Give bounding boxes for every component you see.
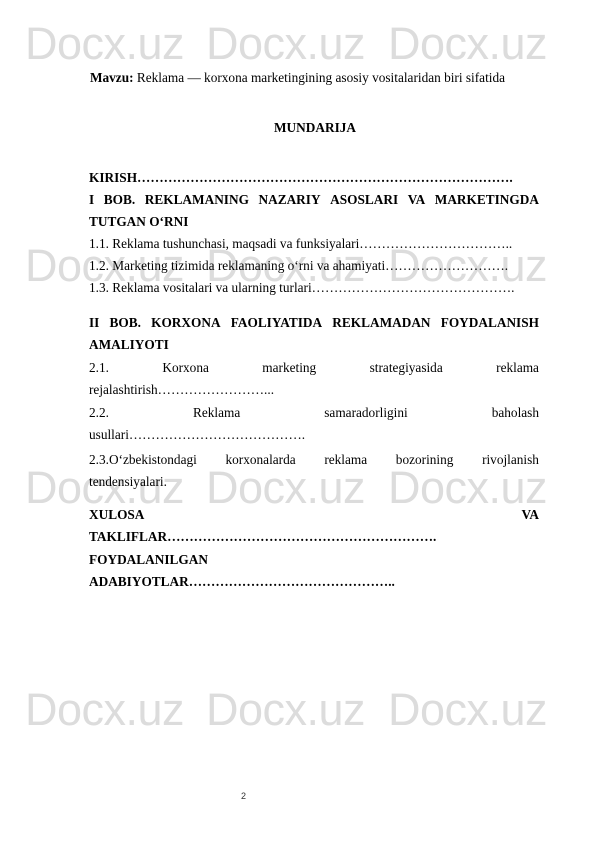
toc-section-1-3: 1.3. Reklama vositalari va ularning turl… xyxy=(89,280,539,296)
toc-word: ASOSLARI xyxy=(330,192,398,208)
toc-references-line1: FOYDALANILGAN xyxy=(89,552,539,568)
toc-word: samaradorligini xyxy=(324,405,407,421)
toc-section-2-1-line2: rejalashtirish……………………... xyxy=(89,382,539,398)
toc-section-2-1-line1: 2.1.Korxonamarketingstrategiyasidareklam… xyxy=(89,360,539,376)
toc-word: 2.1. xyxy=(89,360,109,376)
toc-conclusion-line2: TAKLIFLAR……………………………………………………. xyxy=(89,529,539,545)
topic-text: Reklama — korxona marketingining asosiy … xyxy=(134,70,506,85)
toc-word: VA xyxy=(408,192,426,208)
topic-line: Mavzu: Reklama — korxona marketingining … xyxy=(0,70,595,86)
toc-word: Korxona xyxy=(162,360,209,376)
toc-word: II xyxy=(89,315,99,331)
toc-intro: KIRISH…………………………………………………………………………. xyxy=(89,170,539,186)
toc-section-1-2: 1.2. Marketing tizimida reklamaning o‘rn… xyxy=(89,258,539,274)
toc-chapter1-line1: IBOB.REKLAMANINGNAZARIYASOSLARIVAMARKETI… xyxy=(89,192,539,208)
toc-word: MARKETINGDA xyxy=(435,192,539,208)
toc-section-2-3-line2: tendensiyalari. xyxy=(89,474,539,490)
toc-title: MUNDARIJA xyxy=(0,120,595,136)
toc-chapter2-line2: AMALIYOTI xyxy=(89,337,539,353)
toc-word: reklama xyxy=(496,360,539,376)
toc-word: XULOSA xyxy=(89,507,144,523)
document-page: Mavzu: Reklama — korxona marketingining … xyxy=(0,0,595,842)
toc-section-2-3-line1: 2.3.O‘zbekistondagikorxonalardareklamabo… xyxy=(89,452,539,468)
page-number: 2 xyxy=(241,791,246,801)
toc-word: reklama xyxy=(324,452,367,468)
toc-word: 2.3.O‘zbekistondagi xyxy=(89,452,197,468)
toc-word: 2.2. xyxy=(89,405,109,421)
toc-word: FAOLIYATIDA xyxy=(231,315,322,331)
toc-word: Reklama xyxy=(193,405,240,421)
toc-chapter2-line1: IIBOB.KORXONAFAOLIYATIDAREKLAMADANFOYDAL… xyxy=(89,315,539,331)
toc-section-1-1: 1.1. Reklama tushunchasi, maqsadi va fun… xyxy=(89,236,539,252)
toc-word: FOYDALANISH xyxy=(441,315,539,331)
toc-word: strategiyasida xyxy=(370,360,443,376)
toc-conclusion-line1: XULOSAVA xyxy=(89,507,539,523)
toc-word: bozorining xyxy=(396,452,454,468)
toc-word: I xyxy=(89,192,94,208)
toc-section-2-2-line1: 2.2.Reklamasamaradorliginibaholash xyxy=(89,405,539,421)
toc-word: NAZARIY xyxy=(259,192,321,208)
toc-chapter1-line2: TUTGAN O‘RNI xyxy=(89,214,539,230)
toc-word: baholash xyxy=(492,405,539,421)
toc-word: REKLAMADAN xyxy=(332,315,430,331)
toc-references-line2: ADABIYOTLAR……………………………………….. xyxy=(89,574,539,590)
toc-word: KORXONA xyxy=(151,315,220,331)
toc-word: marketing xyxy=(262,360,316,376)
toc-word: REKLAMANING xyxy=(145,192,249,208)
toc-word: BOB. xyxy=(104,192,135,208)
toc-word: korxonalarda xyxy=(226,452,296,468)
toc-word: rivojlanish xyxy=(482,452,539,468)
toc-word: VA xyxy=(522,507,540,523)
toc-word: BOB. xyxy=(110,315,141,331)
toc-section-2-2-line2: usullari…………………………………. xyxy=(89,427,539,443)
topic-label: Mavzu: xyxy=(90,70,134,85)
